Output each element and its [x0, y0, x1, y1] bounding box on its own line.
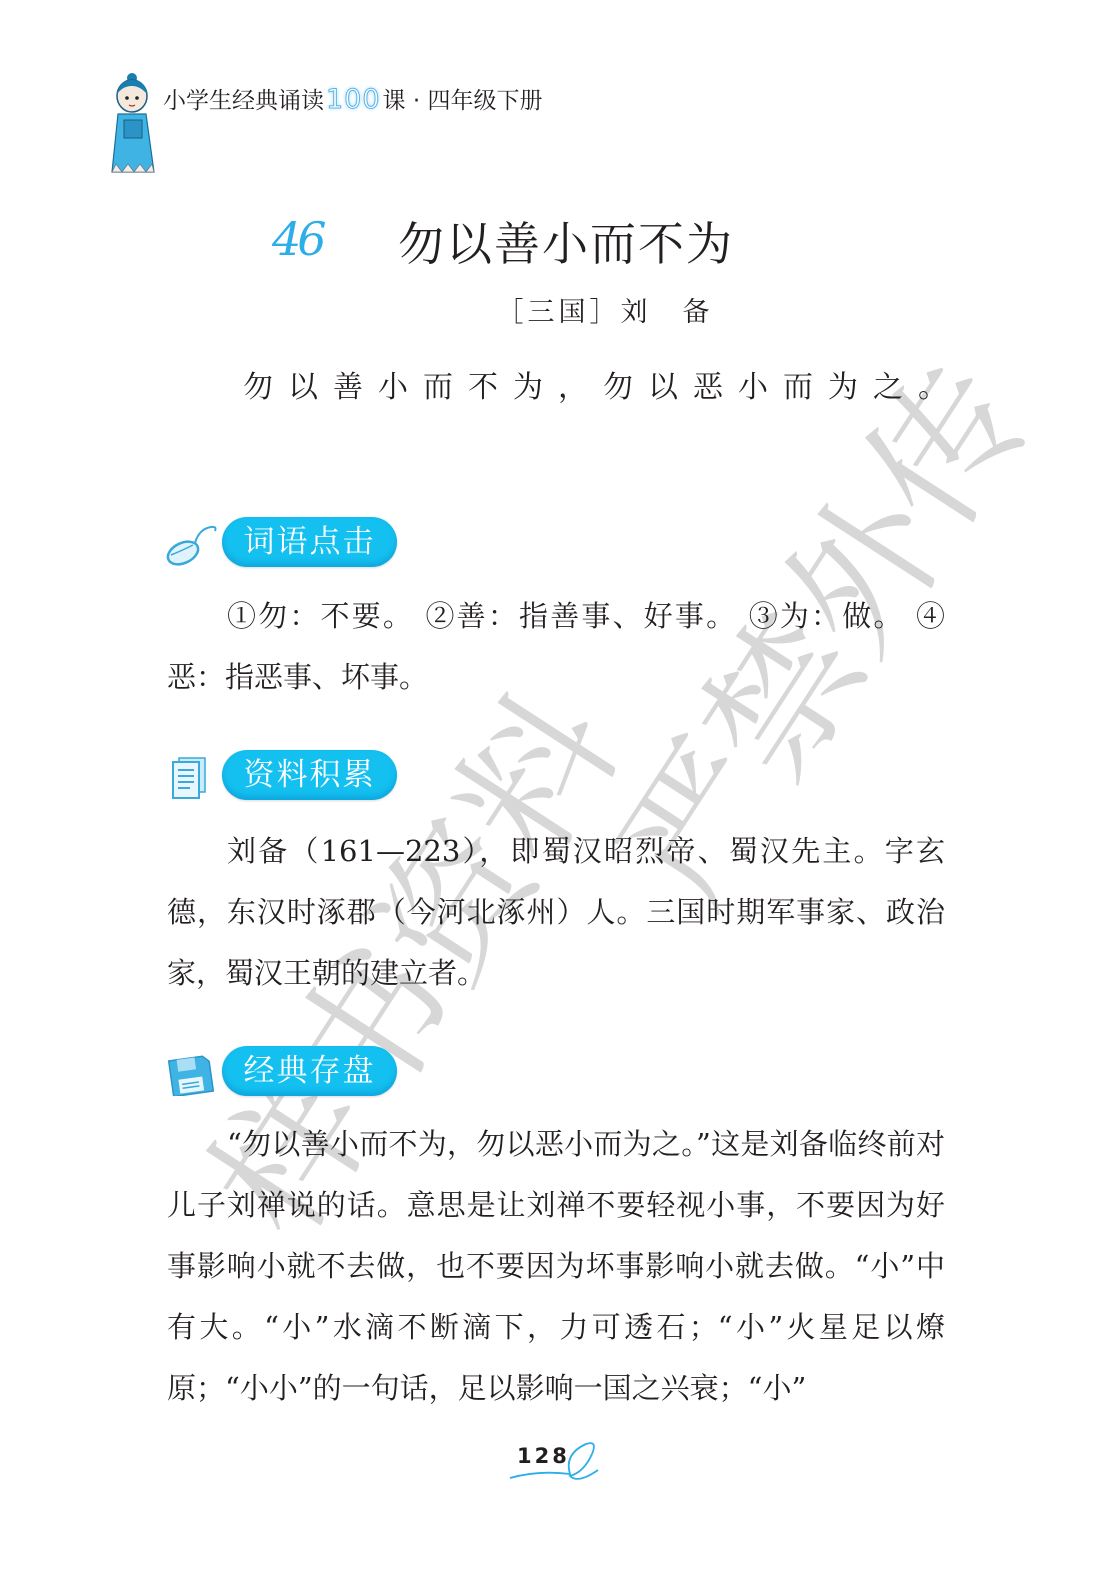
book-title-suffix: 课 · 四年级下册 — [383, 88, 543, 114]
lesson-author: ［三国］刘 备 — [0, 290, 1110, 329]
document-icon — [165, 756, 217, 800]
classic-quote: 勿以善小而不为，勿以恶小而为之。 — [243, 362, 963, 406]
vocab-paragraph: ①勿：不要。 ②善：指善事、好事。 ③为：做。 ④恶：指恶事、坏事。 — [167, 586, 945, 708]
book-title: 小学生经典诵读100课 · 四年级下册 — [163, 82, 542, 115]
mouse-icon — [165, 523, 217, 567]
lesson-title: 勿以善小而不为 — [398, 208, 734, 274]
background-paragraph: 刘备（161—223），即蜀汉昭烈帝、蜀汉先主。字玄德，东汉时涿郡（今河北涿州）… — [167, 821, 945, 1004]
book-title-prefix: 小学生经典诵读 — [163, 88, 324, 114]
floppy-disk-icon — [165, 1052, 217, 1096]
page-number: 128 — [517, 1444, 570, 1468]
section-label-vocab: 词语点击 — [222, 517, 397, 567]
scholar-mascot-icon — [108, 72, 160, 176]
lesson-number: 46 — [272, 212, 323, 266]
section-label-background: 资料积累 — [222, 750, 397, 800]
section-label-classic: 经典存盘 — [222, 1046, 397, 1096]
classic-paragraph: “勿以善小而不为，勿以恶小而为之。”这是刘备临终前对儿子刘禅说的话。意思是让刘禅… — [167, 1114, 945, 1419]
book-title-number: 100 — [326, 84, 381, 115]
